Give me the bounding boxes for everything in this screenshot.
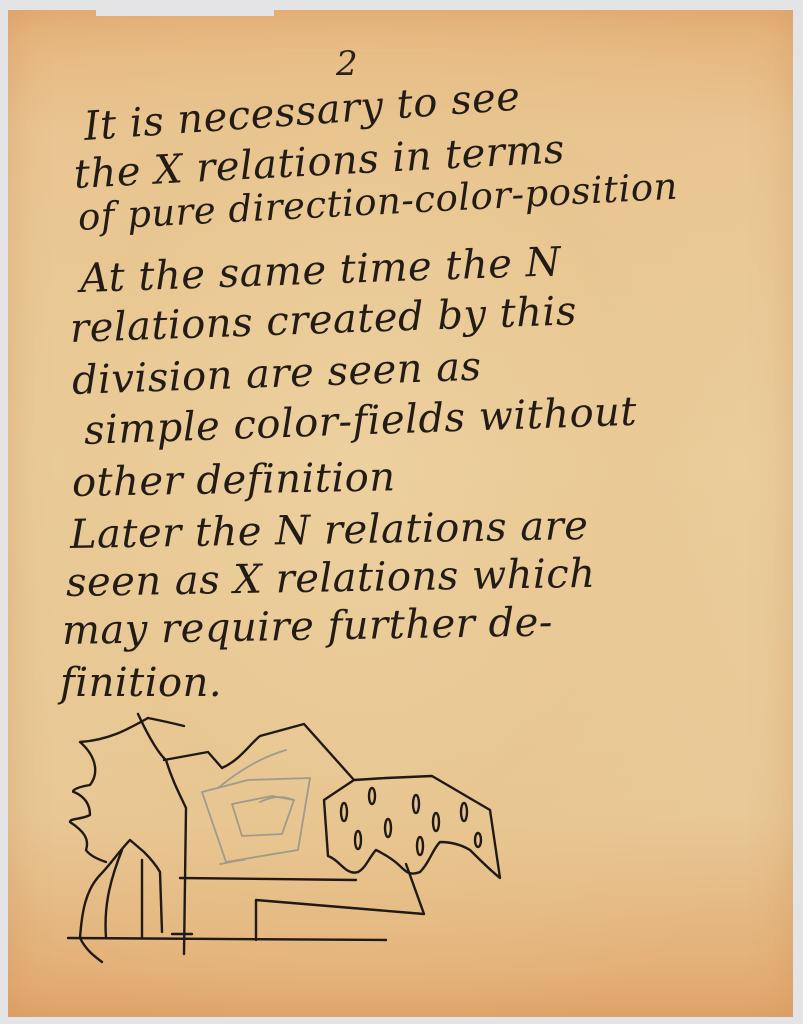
mountain-outline (164, 724, 354, 780)
house-wall-line (106, 850, 122, 938)
ledge-line (180, 878, 356, 880)
landscape-sketch (60, 700, 520, 980)
ground-line (68, 938, 386, 940)
tree-top (148, 718, 184, 726)
pencil-spiral-middle (232, 796, 294, 836)
pencil-spiral-outer (202, 778, 310, 862)
foliage-mass (324, 776, 500, 878)
text-line: Later the N relations are (70, 503, 589, 558)
text-line: division are seen as (71, 344, 482, 404)
text-line: other definition (72, 454, 396, 506)
tree-foliage (70, 718, 148, 862)
building-block (256, 864, 424, 940)
house-base-curve (80, 938, 102, 962)
text-line: seen as X relations which (66, 551, 596, 606)
pencil-strokes (218, 750, 286, 864)
text-line: may require further de- (62, 599, 554, 654)
